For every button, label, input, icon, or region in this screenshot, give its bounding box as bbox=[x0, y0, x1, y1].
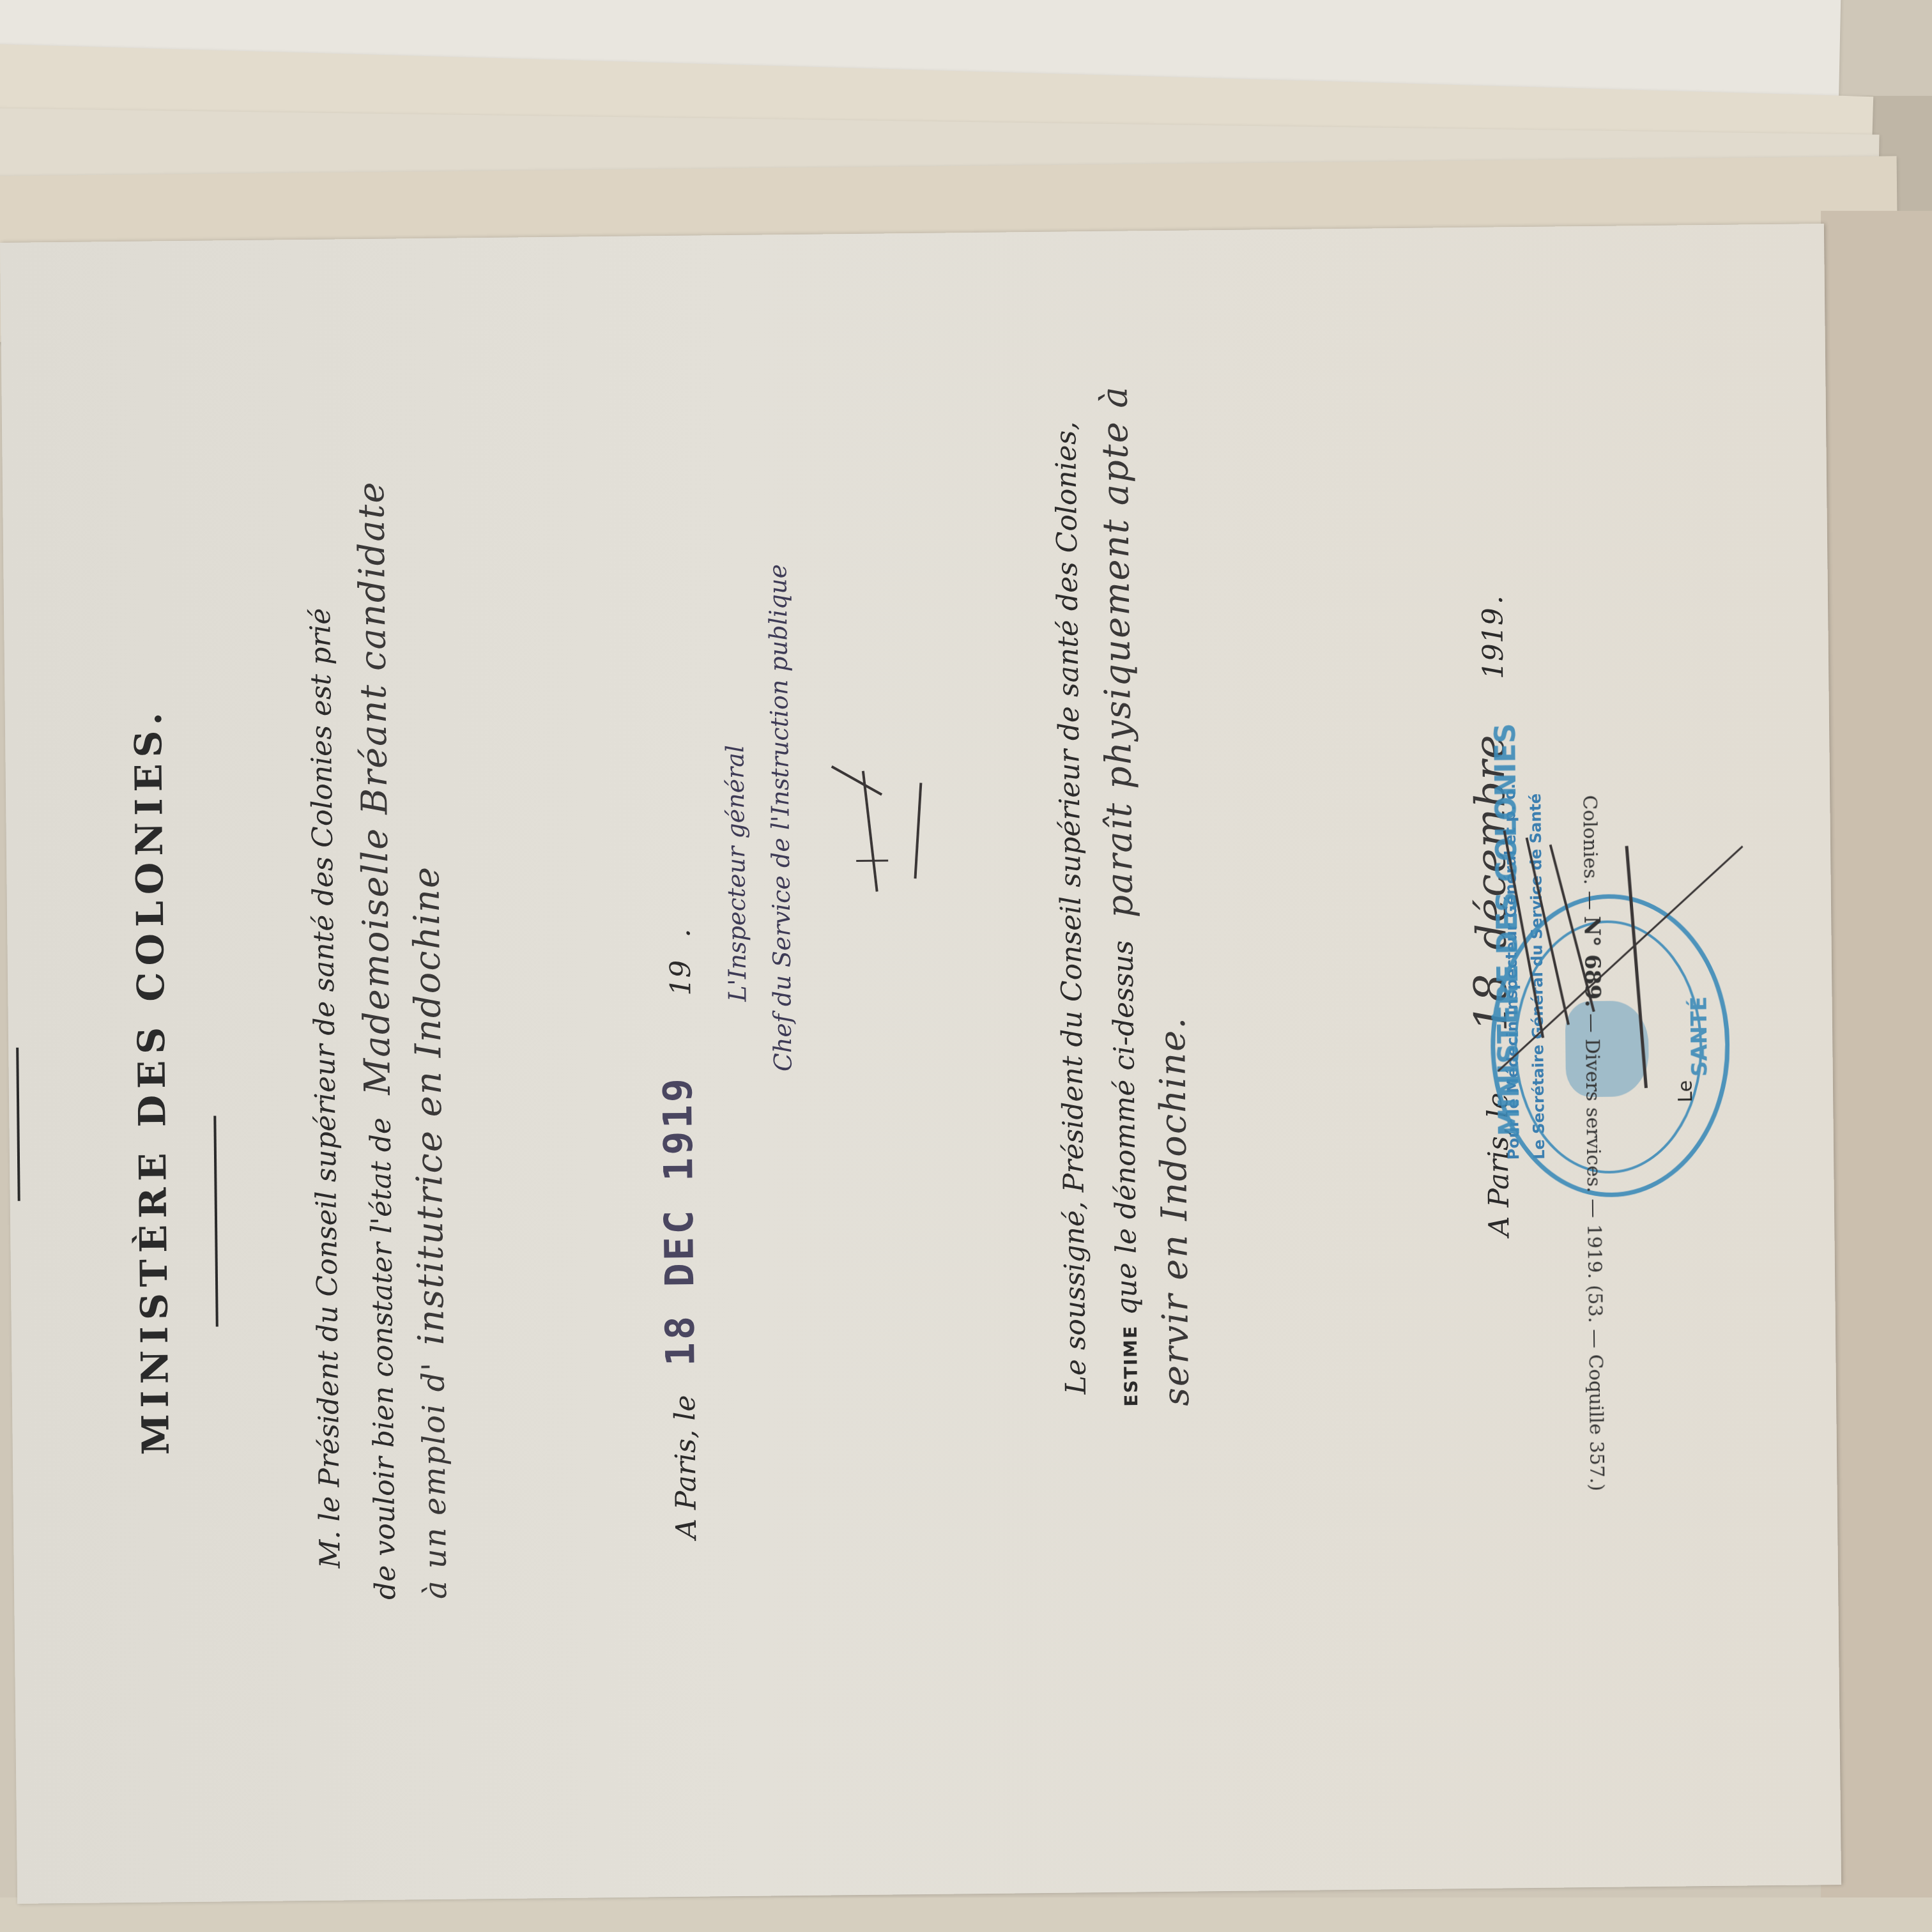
opinion-line-3-handwritten: servir en Indochine. bbox=[1152, 1016, 1197, 1407]
inspector-title: L'Inspecteur général bbox=[721, 745, 751, 1002]
request-line-3-printed: à un emploi d' bbox=[415, 1361, 454, 1599]
candidate-name-handwritten: Mademoiselle Bréant candidate bbox=[351, 480, 399, 1095]
ornamental-rule bbox=[213, 1116, 218, 1327]
request-line-2: de vouloir bien constater l'état de Made… bbox=[351, 480, 404, 1600]
form-number: N° 689. bbox=[1579, 916, 1605, 1008]
seal-outer-text: MINISTÈRE DES COLONIES bbox=[1489, 723, 1526, 1137]
page-title: MINISTÈRE DES COLONIES. bbox=[126, 706, 178, 1455]
seal-bottom-text: SANTÉ bbox=[1686, 996, 1712, 1077]
first-date-year: 19 bbox=[664, 960, 698, 996]
position-handwritten: institutrice en Indochine bbox=[406, 866, 452, 1345]
opinion-line-2: ESTIME que le dénommé ci-dessus paraît p… bbox=[1094, 385, 1146, 1407]
background-ruled-paper bbox=[0, 1897, 1932, 1932]
seal-emblem-icon bbox=[1565, 1000, 1650, 1097]
document-page: MINISTÈRE DES COLONIES. M. le Président … bbox=[0, 224, 1841, 1904]
request-line-3: à un emploi d' institutrice en Indochine bbox=[406, 866, 455, 1600]
ornamental-rule bbox=[16, 1048, 20, 1201]
inspector-service: Chef du Service de l'Instruction publiqu… bbox=[763, 564, 797, 1072]
opinion-line-1: Le soussigné, Président du Conseil supér… bbox=[1050, 421, 1092, 1394]
document-content: MINISTÈRE DES COLONIES. M. le Président … bbox=[0, 224, 1841, 1904]
inspector-signature bbox=[0, 243, 17, 1904]
opinion-handwritten: paraît physiquement apte à bbox=[1094, 385, 1141, 918]
request-line-1: M. le Président du Conseil supérieur de … bbox=[304, 608, 347, 1568]
first-date-line: A Paris, le 18 DEC 1919 19 . bbox=[652, 928, 705, 1539]
request-line-2-printed: de vouloir bien constater l'état de bbox=[364, 1117, 402, 1600]
stamp-overprint: Le bbox=[1675, 1080, 1697, 1103]
president-signature bbox=[0, 243, 17, 1904]
estime-caps: ESTIME bbox=[1120, 1325, 1142, 1407]
first-date-label: A Paris, le bbox=[669, 1395, 703, 1539]
received-date-stamp: 18 DEC 1919 bbox=[654, 1075, 704, 1366]
second-date-year: 1919 bbox=[1476, 608, 1510, 680]
